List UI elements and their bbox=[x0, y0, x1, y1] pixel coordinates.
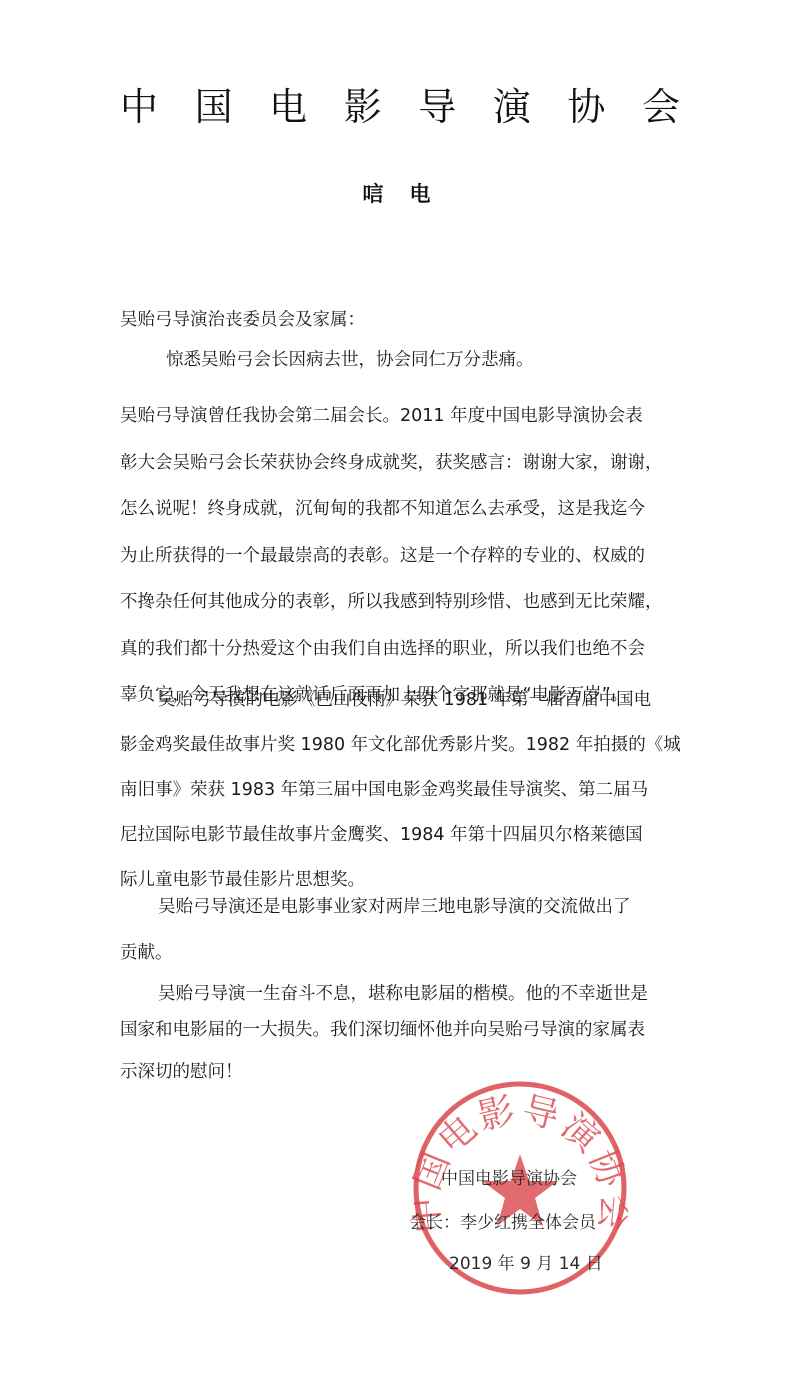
organization-title: 中 国 电 影 导 演 协 会 bbox=[120, 76, 680, 131]
paragraph-line: 为止所获得的一个最最崇高的表彰。这是一个存粹的专业的、权威的 bbox=[120, 533, 676, 580]
paragraph-line: 怎么说呢！终身成就，沉甸甸的我都不知道怎么去承受，这是我迄今 bbox=[120, 486, 676, 533]
paragraph-line: 吴贻弓导演一生奋斗不息，堪称电影届的楷模。他的不幸逝世是 bbox=[120, 976, 676, 1012]
title-char: 演 bbox=[493, 76, 531, 131]
paragraph-line: 尼拉国际电影节最佳故事片金鹰奖、1984 年第十四届贝尔格莱德国 bbox=[120, 813, 676, 858]
paragraph-line: 影金鸡奖最佳故事片奖 1980 年文化部优秀影片奖。1982 年拍摄的《城 bbox=[120, 723, 676, 768]
paragraph-contribution: 吴贻弓导演还是电影事业家对两岸三地电影导演的交流做出了 贡献。 bbox=[120, 884, 676, 976]
signature-names: 会长：李少红携全体会员 bbox=[409, 1208, 596, 1233]
document-type-heading: 唁电 bbox=[0, 178, 793, 208]
title-char: 会 bbox=[642, 76, 680, 131]
paragraph-line: 国家和电影届的一大损失。我们深切缅怀他并向吴贻弓导演的家属表 bbox=[120, 1012, 676, 1054]
title-char: 导 bbox=[418, 76, 456, 131]
title-char: 影 bbox=[344, 76, 382, 131]
paragraph-line: 南旧事》荣获 1983 年第三届中国电影金鸡奖最佳导演奖、第二届马 bbox=[120, 768, 676, 813]
paragraph-tribute: 吴贻弓导演一生奋斗不息，堪称电影届的楷模。他的不幸逝世是 国家和电影届的一大损失… bbox=[120, 976, 676, 1090]
paragraph-films-awards: 吴贻弓导演的电影《巴山夜雨》荣获 1981 年第一届首届中国电 影金鸡奖最佳故事… bbox=[120, 678, 676, 903]
signature-organization: 中国电影导演协会 bbox=[441, 1164, 577, 1189]
paragraph-line: 不搀杂任何其他成分的表彰，所以我感到特别珍惜、也感到无比荣耀， bbox=[120, 579, 676, 626]
salutation: 吴贻弓导演治丧委员会及家属： bbox=[120, 306, 676, 329]
signature-date: 2019 年 9 月 14 日 bbox=[449, 1249, 603, 1274]
title-char: 中 bbox=[120, 76, 158, 131]
paragraph-line: 吴贻弓导演还是电影事业家对两岸三地电影导演的交流做出了 bbox=[120, 884, 676, 930]
title-char: 电 bbox=[269, 76, 307, 131]
paragraph-condolence-opening: 惊悉吴贻弓会长因病去世，协会同仁万分悲痛。 bbox=[120, 346, 676, 369]
title-char: 协 bbox=[567, 76, 605, 131]
paragraph-line: 惊悉吴贻弓会长因病去世，协会同仁万分悲痛。 bbox=[120, 346, 676, 369]
title-char: 国 bbox=[195, 76, 233, 131]
paragraph-line: 吴贻弓导演曾任我协会第二届会长。2011 年度中国电影导演协会表 bbox=[120, 393, 676, 440]
paragraph-line: 吴贻弓导演的电影《巴山夜雨》荣获 1981 年第一届首届中国电 bbox=[120, 678, 676, 723]
paragraph-line: 真的我们都十分热爱这个由我们自由选择的职业，所以我们也绝不会 bbox=[120, 626, 676, 673]
paragraph-career: 吴贻弓导演曾任我协会第二届会长。2011 年度中国电影导演协会表 彰大会吴贻弓会… bbox=[120, 393, 676, 719]
paragraph-line: 贡献。 bbox=[120, 930, 676, 976]
paragraph-line: 彰大会吴贻弓会长荣获协会终身成就奖，获奖感言：谢谢大家，谢谢， bbox=[120, 440, 676, 487]
